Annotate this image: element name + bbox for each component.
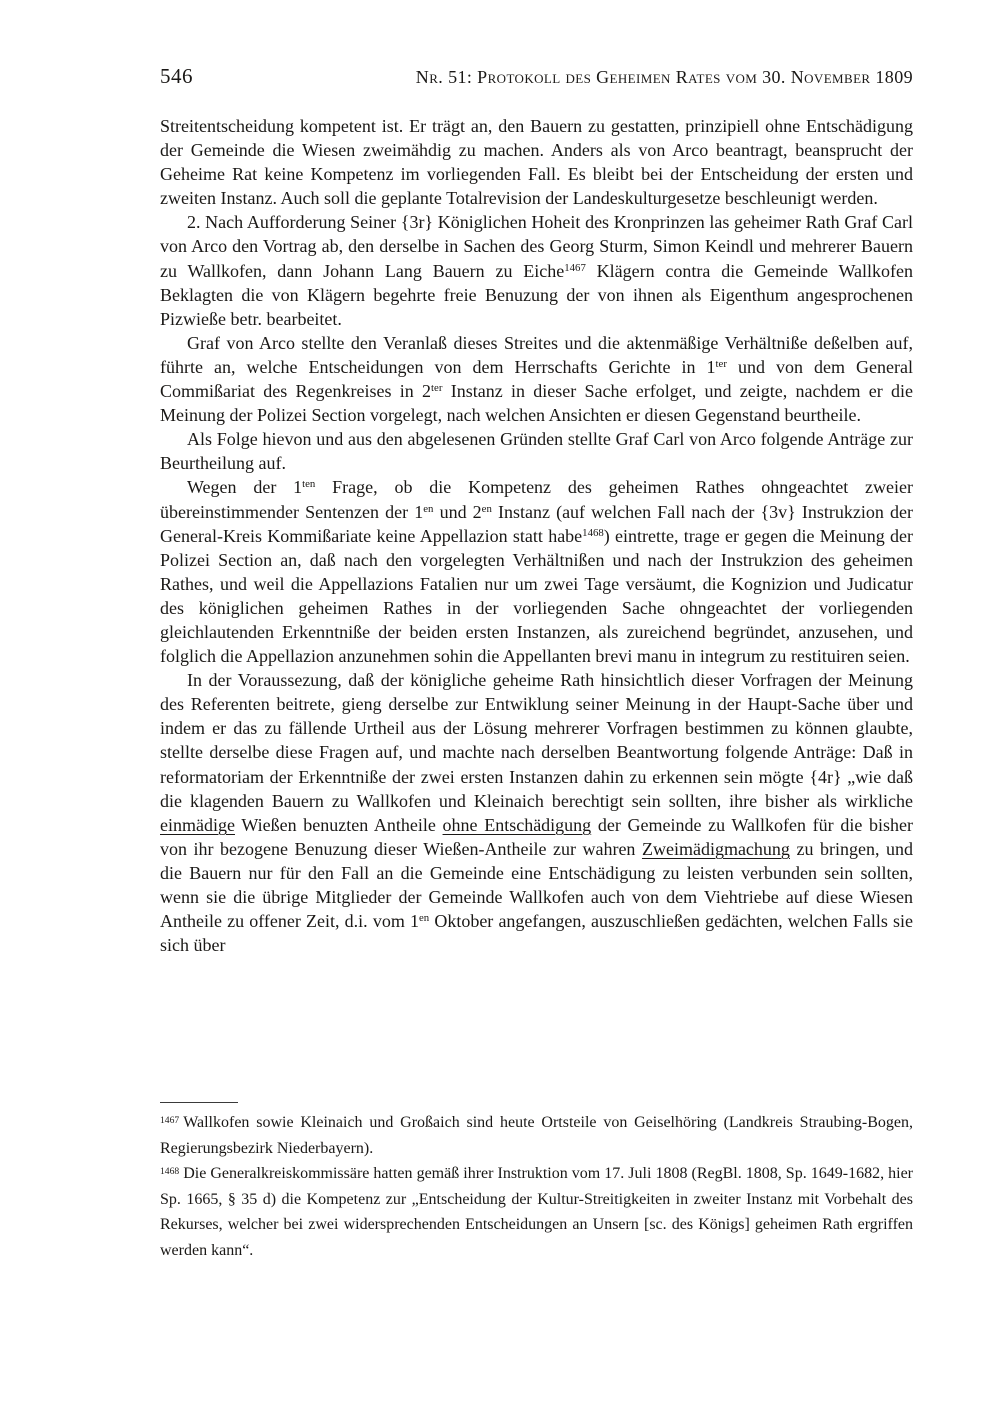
text-run: Als Folge hievon und aus den abgelesenen… bbox=[160, 429, 913, 473]
superscript: en bbox=[482, 503, 492, 515]
underlined-text: Zweimädigmachung bbox=[642, 839, 790, 859]
main-text: Streitentscheidung kompetent ist. Er trä… bbox=[160, 114, 913, 1098]
footnote-text: Die Generalkreiskommissäre hatten gemäß … bbox=[160, 1165, 913, 1259]
superscript: en bbox=[423, 503, 433, 515]
text-run: und 2 bbox=[433, 502, 481, 522]
footnotes-section: 1467Wallkofen sowie Kleinaich und Großai… bbox=[160, 1110, 913, 1264]
footnote-number: 1468 bbox=[160, 1166, 179, 1177]
paragraph: Als Folge hievon und aus den abgelesenen… bbox=[160, 427, 913, 475]
superscript: 1468 bbox=[582, 527, 604, 539]
paragraph: 2. Nach Aufforderung Seiner {3r} Königli… bbox=[160, 210, 913, 330]
text-run: In der Voraussezung, daß der königliche … bbox=[160, 670, 913, 810]
footnote: 1467Wallkofen sowie Kleinaich und Großai… bbox=[160, 1110, 913, 1161]
text-run: ) eintrette, trage er gegen die Meinung … bbox=[160, 526, 913, 666]
superscript: 1467 bbox=[564, 262, 586, 274]
page-header: 546 Nr. 51: Protokoll des Geheimen Rates… bbox=[160, 64, 913, 89]
underlined-text: ohne Entschädigung bbox=[443, 815, 592, 835]
footnote-separator bbox=[160, 1102, 238, 1103]
superscript: en bbox=[419, 912, 429, 924]
paragraph: Streitentscheidung kompetent ist. Er trä… bbox=[160, 114, 913, 210]
footnote-number: 1467 bbox=[160, 1115, 179, 1126]
page-number: 546 bbox=[160, 64, 193, 89]
running-head: Nr. 51: Protokoll des Geheimen Rates vom… bbox=[416, 67, 913, 88]
paragraph: In der Voraussezung, daß der königliche … bbox=[160, 668, 913, 957]
superscript: ter bbox=[431, 382, 442, 394]
footnote-text: Wallkofen sowie Kleinaich und Großaich s… bbox=[160, 1114, 913, 1157]
paragraph: Wegen der 1ten Frage, ob die Kompetenz d… bbox=[160, 475, 913, 668]
text-run: Streitentscheidung kompetent ist. Er trä… bbox=[160, 116, 913, 208]
book-page: 546 Nr. 51: Protokoll des Geheimen Rates… bbox=[0, 0, 1004, 1418]
text-run: Wegen der 1 bbox=[187, 477, 302, 497]
superscript: ten bbox=[302, 478, 315, 490]
footnote: 1468Die Generalkreiskommissäre hatten ge… bbox=[160, 1161, 913, 1263]
superscript: ter bbox=[716, 358, 727, 370]
paragraph: Graf von Arco stellte den Veranlaß diese… bbox=[160, 331, 913, 427]
text-run: Wießen benuzten Antheile bbox=[235, 815, 443, 835]
underlined-text: einmädige bbox=[160, 815, 235, 835]
